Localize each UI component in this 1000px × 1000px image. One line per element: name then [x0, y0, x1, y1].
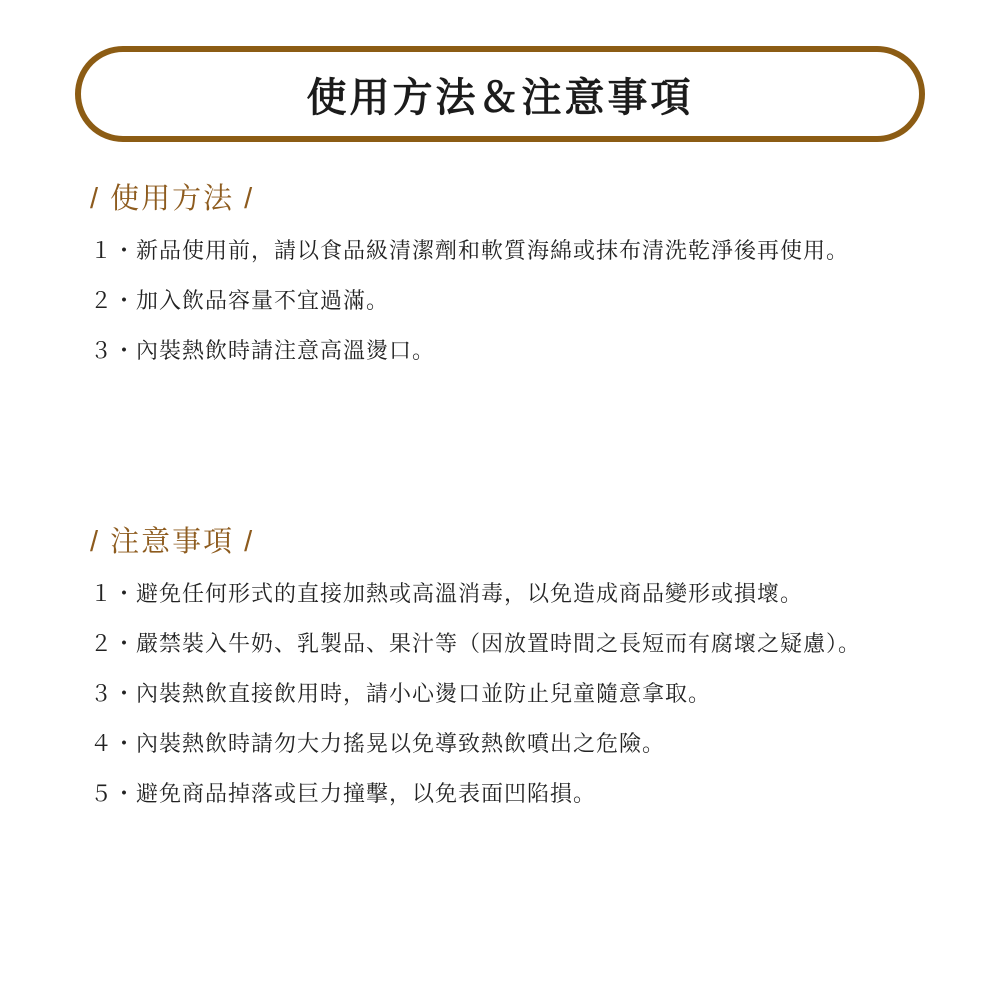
page-title: 使用方法＆注意事項	[307, 66, 694, 123]
section-usage: / 使用方法 / １・新品使用前，請以食品級清潔劑和軟質海綿或抹布清洗乾淨後再使…	[90, 182, 940, 367]
section-notes: / 注意事項 / １・避免任何形式的直接加熱或高溫消毒，以免造成商品變形或損壞。…	[90, 525, 940, 810]
content-area: / 使用方法 / １・新品使用前，請以食品級清潔劑和軟質海綿或抹布清洗乾淨後再使…	[90, 182, 940, 810]
usage-item-1: １・新品使用前，請以食品級清潔劑和軟質海綿或抹布清洗乾淨後再使用。	[90, 235, 940, 267]
usage-item-3: ３・內裝熱飲時請注意高溫燙口。	[90, 335, 940, 367]
notes-item-5: ５・避免商品掉落或巨力撞擊，以免表面凹陷損。	[90, 778, 940, 810]
instruction-page: 使用方法＆注意事項 / 使用方法 / １・新品使用前，請以食品級清潔劑和軟質海綿…	[0, 0, 1000, 1000]
usage-item-2: ２・加入飲品容量不宜過滿。	[90, 285, 940, 317]
section-notes-title: / 注意事項 /	[90, 525, 940, 560]
title-banner: 使用方法＆注意事項	[75, 46, 925, 142]
notes-item-1: １・避免任何形式的直接加熱或高溫消毒，以免造成商品變形或損壞。	[90, 578, 940, 610]
notes-item-4: ４・內裝熱飲時請勿大力搖晃以免導致熱飲噴出之危險。	[90, 728, 940, 760]
section-usage-title: / 使用方法 /	[90, 182, 940, 217]
notes-item-2: ２・嚴禁裝入牛奶、乳製品、果汁等（因放置時間之長短而有腐壞之疑慮）。	[90, 628, 940, 660]
notes-item-3: ３・內裝熱飲直接飲用時，請小心燙口並防止兒童隨意拿取。	[90, 678, 940, 710]
